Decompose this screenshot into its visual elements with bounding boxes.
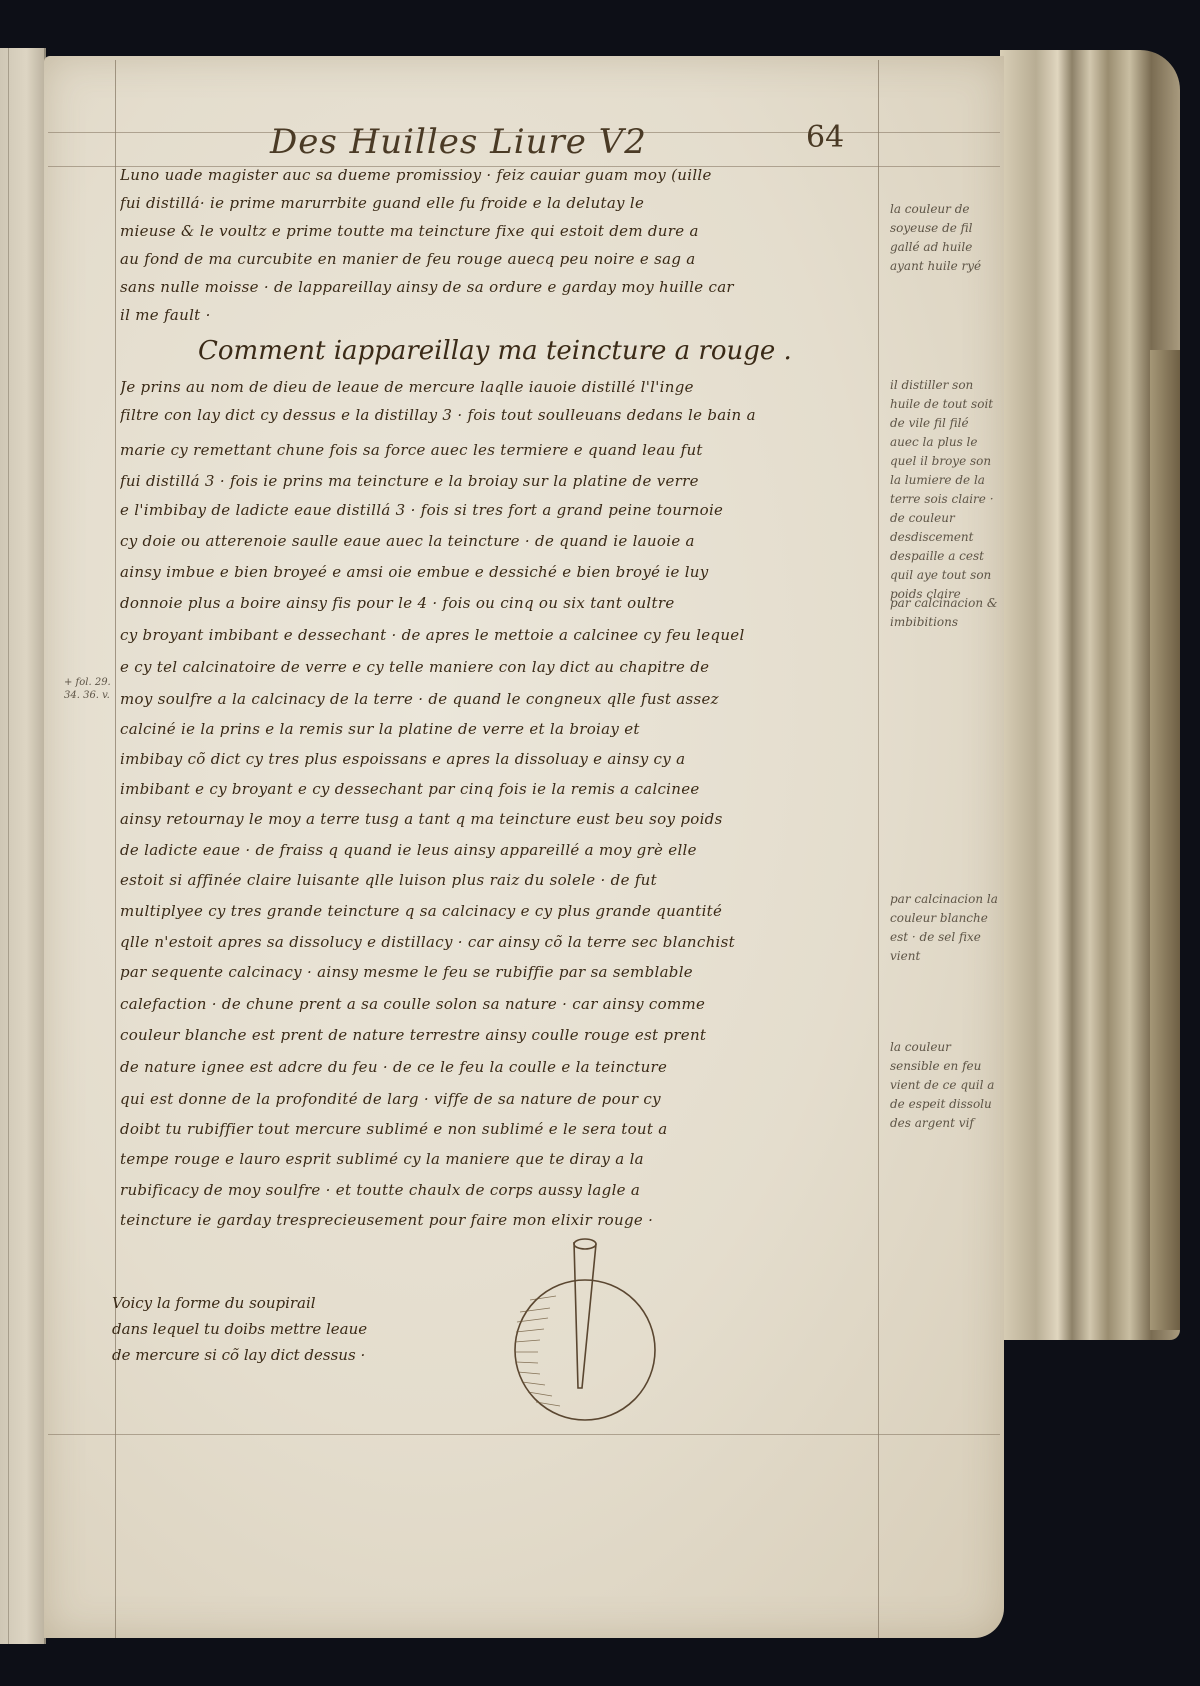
text-line: ainsy imbue e bien broyeé e amsi oie emb… [120, 565, 885, 580]
margin-note-right: la couleur de soyeuse de fil gallé ad hu… [890, 200, 1000, 276]
margin-note-right: par calcinacion la couleur blanche est ·… [890, 890, 1000, 966]
text-line: doibt tu rubiffier tout mercure sublimé … [120, 1122, 885, 1137]
text-line: e cy tel calcinatoire de verre e cy tell… [120, 660, 885, 675]
text-line: couleur blanche est prent de nature terr… [120, 1028, 885, 1043]
text-line: de ladicte eaue · de fraiss q quand ie l… [120, 843, 885, 858]
flask-drawing-icon [500, 1232, 670, 1422]
text-line: teincture ie garday tresprecieusement po… [120, 1213, 885, 1228]
text-line: au fond de ma curcubite en manier de feu… [120, 252, 885, 267]
section-title: Comment iappareillay ma teincture a roug… [198, 336, 792, 366]
text-line: multiplyee cy tres grande teincture q sa… [120, 904, 885, 919]
facing-page-edge [0, 48, 46, 1644]
text-line: fui distillá· ie prime marurrbite guand … [120, 196, 885, 211]
margin-note-right: la couleur sensible en feu vient de ce q… [890, 1038, 1000, 1133]
page-stack-edges [1000, 50, 1180, 1340]
text-line: rubificacy de moy soulfre · et toutte ch… [120, 1183, 885, 1198]
text-line: ainsy retournay le moy a terre tusg a ta… [120, 812, 885, 827]
text-line: estoit si affinée claire luisante qlle l… [120, 873, 885, 888]
text-line: moy soulfre a la calcinacy de la terre ·… [120, 692, 885, 707]
text-line: sans nulle moisse · de lappareillay ains… [120, 280, 885, 295]
text-line: cy doie ou atterenoie saulle eaue auec l… [120, 534, 885, 549]
text-line: par sequente calcinacy · ainsy mesme le … [120, 965, 885, 980]
text-line: cy broyant imbibant e dessechant · de ap… [120, 628, 885, 643]
running-title: Des Huilles Liure V2 [270, 122, 647, 162]
text-line: calciné ie la prins e la remis sur la pl… [120, 722, 885, 737]
caption-line: dans lequel tu doibs mettre leaue [112, 1316, 412, 1342]
top-rule-2 [48, 166, 1000, 167]
text-line: e l'imbibay de ladicte eaue distillá 3 ·… [120, 503, 885, 518]
bottom-rule [48, 1434, 1000, 1435]
text-line: de nature ignee est adcre du feu · de ce… [120, 1060, 885, 1075]
text-line: mieuse & le voultz e prime toutte ma tei… [120, 224, 885, 239]
text-line: imbibant e cy broyant e cy dessechant pa… [120, 782, 885, 797]
caption-line: de mercure si cõ lay dict dessus · [112, 1342, 412, 1368]
text-line: filtre con lay dict cy dessus e la disti… [120, 408, 885, 423]
text-line: qui est donne de la profondité de larg ·… [120, 1092, 885, 1107]
margin-note-right: par calcinacion & imbibitions [890, 594, 1000, 632]
text-line: qlle n'estoit apres sa dissolucy e disti… [120, 935, 885, 950]
text-line: marie cy remettant chune fois sa force a… [120, 443, 885, 458]
text-line: calefaction · de chune prent a sa coulle… [120, 997, 885, 1012]
text-line: tempe rouge e lauro esprit sublimé cy la… [120, 1152, 885, 1167]
text-line: il me fault · [120, 308, 885, 323]
margin-note-right: il distiller son huile de tout soit de v… [890, 376, 1000, 604]
figure-caption: Voicy la forme du soupirail dans lequel … [112, 1290, 412, 1368]
facing-page-rule [8, 48, 9, 1644]
text-line: donnoie plus a boire ainsy fis pour le 4… [120, 596, 885, 611]
caption-line: Voicy la forme du soupirail [112, 1290, 412, 1316]
folio-number: 64 [806, 120, 844, 155]
text-line: Luno uade magister auc sa dueme promissi… [120, 168, 885, 183]
text-line: Je prins au nom de dieu de leaue de merc… [120, 380, 885, 395]
left-margin-rule [115, 60, 116, 1638]
text-line: imbibay cõ dict cy tres plus espoissans … [120, 752, 885, 767]
margin-note-left: + fol. 29. 34. 36. v. [64, 676, 126, 702]
text-line: fui distillá 3 · fois ie prins ma teinct… [120, 474, 885, 489]
